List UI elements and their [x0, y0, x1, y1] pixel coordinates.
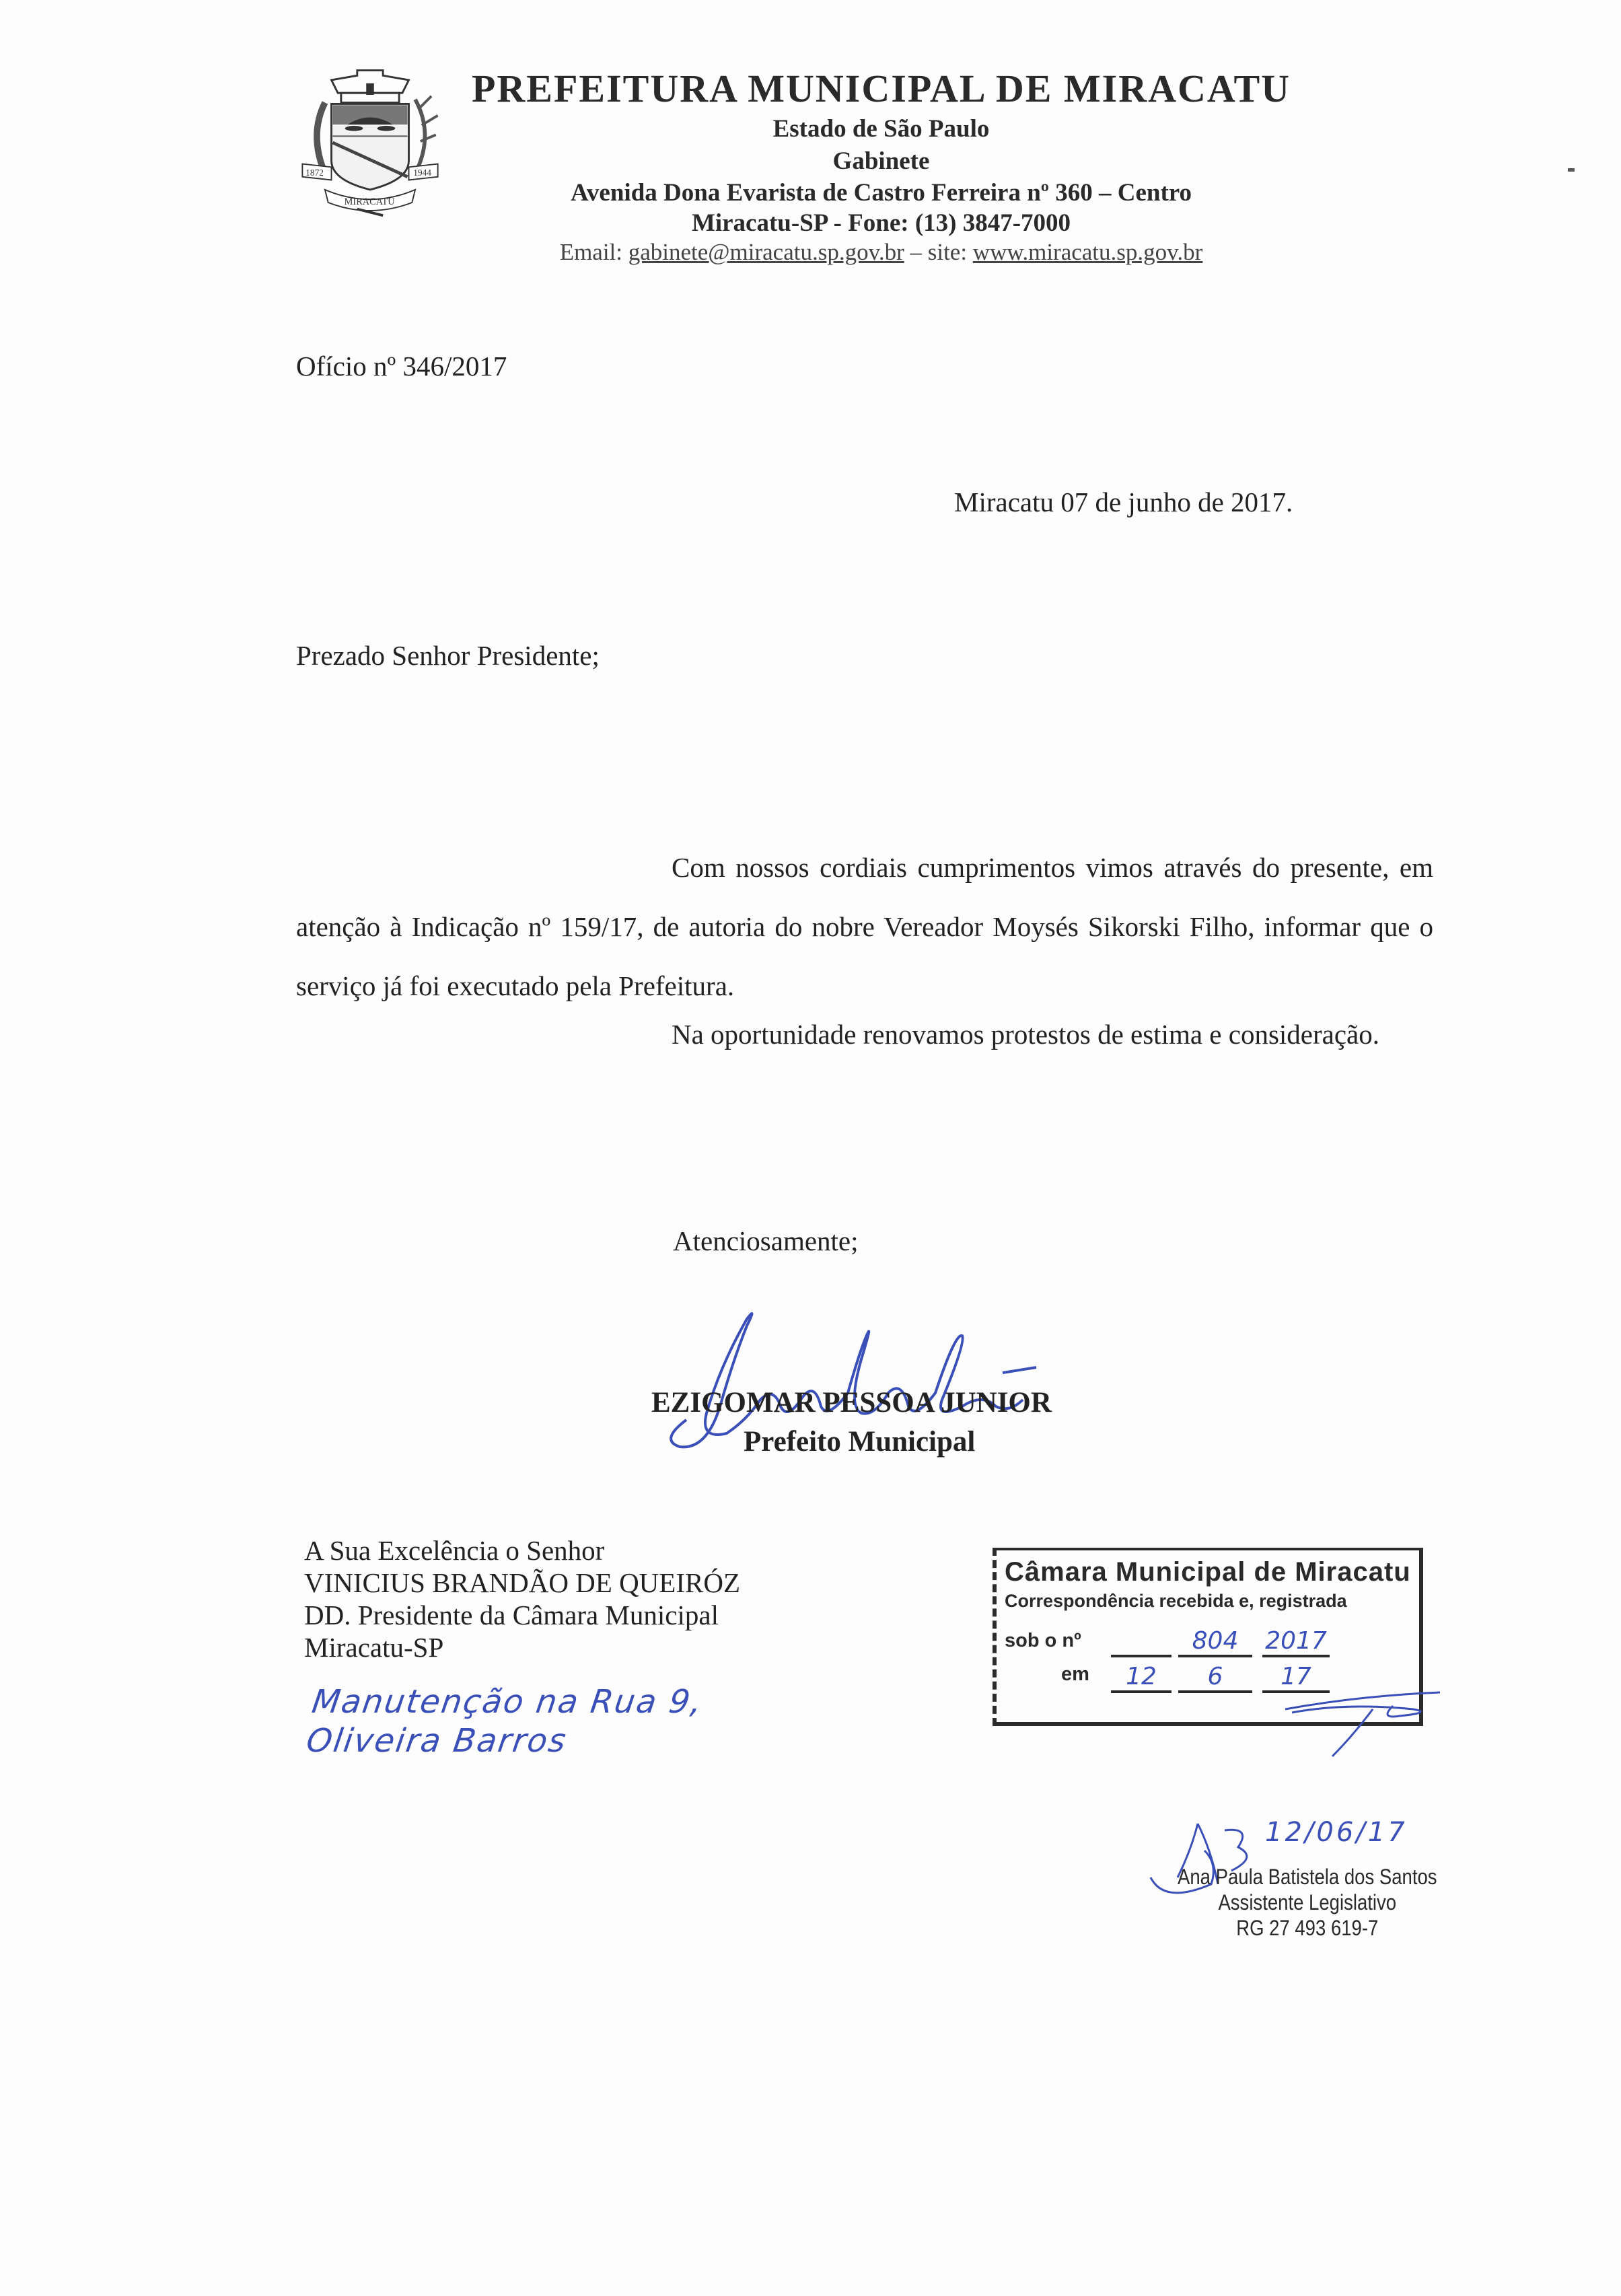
recipient-block: A Sua Excelência o Senhor VINICIUS BRAND… [304, 1534, 740, 1663]
recipient-city: Miracatu-SP [304, 1631, 740, 1663]
stamp-subtitle: Correspondência recebida e, registrada [1005, 1591, 1347, 1612]
stamp-number-label: sob o nº [1005, 1630, 1081, 1652]
letter-paragraph-2: Na oportunidade renovamos protestos de e… [296, 1005, 1433, 1064]
handwritten-note-line: Oliveira Barros [304, 1721, 915, 1760]
stamp-initials-icon [1278, 1682, 1447, 1763]
assistant-role: Assistente Legislativo [1178, 1890, 1437, 1915]
letterhead-state: Estado de São Paulo [0, 114, 1621, 143]
scan-mark [1568, 168, 1575, 172]
stamp-date-label: em [1061, 1663, 1089, 1686]
letter-page: 1872 1944 MIRACATU PREFEITURA MUNICIPAL … [0, 0, 1621, 2296]
stamp-day-field: 12 [1111, 1663, 1172, 1693]
handwritten-note: Manutenção na Rua 9, Oliveira Barros [304, 1682, 921, 1760]
recipient-name: VINICIUS BRANDÃO DE QUEIRÓZ [304, 1567, 740, 1599]
handwritten-note-line: Manutenção na Rua 9, [310, 1682, 921, 1721]
assistant-block: Ana Paula Batistela dos Santos Assistent… [1178, 1864, 1437, 1941]
stamp-number-prefix-field [1111, 1628, 1172, 1657]
letter-paragraph-1: Com nossos cordiais cumprimentos vimos a… [296, 838, 1433, 1015]
stamp-number-field: 804 [1178, 1628, 1252, 1657]
signer-role: Prefeito Municipal [744, 1425, 975, 1458]
letterhead-contact: Email: gabinete@miracatu.sp.gov.br – sit… [0, 239, 1621, 266]
recipient-title: DD. Presidente da Câmara Municipal [304, 1599, 740, 1631]
stamp-number-year-field: 2017 [1262, 1628, 1330, 1657]
stamp-title: Câmara Municipal de Miracatu [1005, 1557, 1411, 1587]
email-link[interactable]: gabinete@miracatu.sp.gov.br [628, 239, 904, 265]
letterhead-address: Avenida Dona Evarista de Castro Ferreira… [0, 178, 1621, 207]
site-label: – site: [904, 239, 973, 265]
stamp-month-field: 6 [1178, 1663, 1252, 1693]
letterhead-title: PREFEITURA MUNICIPAL DE MIRACATU [0, 66, 1621, 111]
assistant-handwritten-date: 12/06/17 [1265, 1817, 1408, 1848]
letterhead-city-phone: Miracatu-SP - Fone: (13) 3847-7000 [0, 209, 1621, 238]
letter-date: Miracatu 07 de junho de 2017. [954, 486, 1293, 518]
email-label: Email: [560, 239, 628, 265]
letterhead-office: Gabinete [0, 147, 1621, 176]
site-link[interactable]: www.miracatu.sp.gov.br [973, 239, 1203, 265]
assistant-name: Ana Paula Batistela dos Santos [1178, 1864, 1437, 1890]
recipient-line: A Sua Excelência o Senhor [304, 1534, 740, 1567]
letter-greeting: Prezado Senhor Presidente; [296, 639, 600, 672]
signer-name: EZIGOMAR PESSOA JUNIOR [651, 1386, 1052, 1419]
letter-closing: Atenciosamente; [673, 1225, 859, 1257]
assistant-id: RG 27 493 619-7 [1178, 1915, 1437, 1941]
letter-reference: Ofício nº 346/2017 [296, 350, 507, 382]
